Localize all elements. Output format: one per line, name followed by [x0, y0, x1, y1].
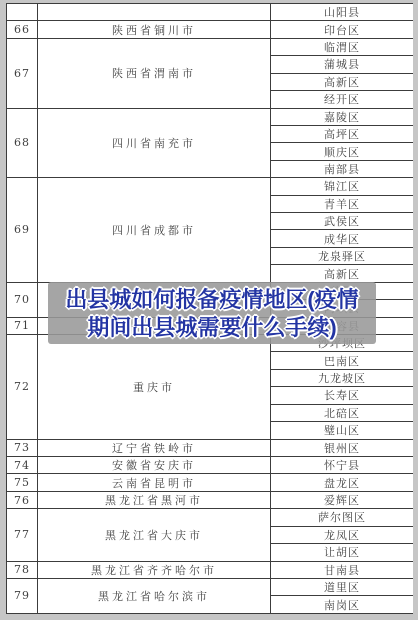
table-row: 70四川省阿坝藏族羌族自治州茂县 — [7, 282, 414, 299]
row-number-cell: 71 — [7, 317, 38, 334]
city-cell: 陕西省铜川市 — [38, 21, 271, 38]
document-sheet: 山阳县66陕西省铜川市印台区67陕西省渭南市临渭区蒲城县高新区经开区68四川省南… — [6, 3, 413, 614]
district-cell: 让胡区 — [271, 544, 414, 561]
row-number-cell: 66 — [7, 21, 38, 38]
city-cell: 安徽省安庆市 — [38, 456, 271, 473]
district-cell: 银州区 — [271, 439, 414, 456]
table-row: 71湖南省岳阳市华容县 — [7, 317, 414, 334]
district-cell: 成华区 — [271, 230, 414, 247]
district-cell: 嘉陵区 — [271, 108, 414, 125]
row-number-cell: 70 — [7, 282, 38, 317]
city-cell: 四川省南充市 — [38, 108, 271, 178]
table-row: 78黑龙江省齐齐哈尔市甘南县 — [7, 561, 414, 578]
row-number-cell: 75 — [7, 474, 38, 491]
district-cell: 九龙坡区 — [271, 369, 414, 386]
row-number-cell: 74 — [7, 456, 38, 473]
district-cell: 高新区 — [271, 73, 414, 90]
district-cell: 怀宁县 — [271, 456, 414, 473]
district-cell: 临渭区 — [271, 38, 414, 55]
table-row: 72重庆市沙坪坝区 — [7, 335, 414, 352]
district-cell: 盘龙区 — [271, 474, 414, 491]
table-row: 75云南省昆明市盘龙区 — [7, 474, 414, 491]
row-number-cell: 76 — [7, 491, 38, 508]
city-cell: 四川省阿坝藏族羌族自治州 — [38, 282, 271, 317]
city-cell: 黑龙江省大庆市 — [38, 509, 271, 561]
district-cell: 萨尔图区 — [271, 509, 414, 526]
district-cell: 沙坪坝区 — [271, 335, 414, 352]
epidemic-region-table: 山阳县66陕西省铜川市印台区67陕西省渭南市临渭区蒲城县高新区经开区68四川省南… — [6, 3, 413, 614]
table-row: 77黑龙江省大庆市萨尔图区 — [7, 509, 414, 526]
table-row: 67陕西省渭南市临渭区 — [7, 38, 414, 55]
district-cell: 甘南县 — [271, 561, 414, 578]
row-number-cell: 72 — [7, 335, 38, 440]
district-cell: 茂县 — [271, 282, 414, 299]
district-cell: 阿坝县 — [271, 300, 414, 317]
city-cell: 黑龙江省黑河市 — [38, 491, 271, 508]
district-cell: 璧山区 — [271, 422, 414, 439]
row-number-cell: 79 — [7, 578, 38, 613]
city-cell — [38, 4, 271, 21]
district-cell: 爱辉区 — [271, 491, 414, 508]
district-cell: 道里区 — [271, 578, 414, 595]
district-cell: 长寿区 — [271, 387, 414, 404]
district-cell: 华容县 — [271, 317, 414, 334]
table-row: 69四川省成都市锦江区 — [7, 178, 414, 195]
district-cell: 锦江区 — [271, 178, 414, 195]
row-number-cell: 69 — [7, 178, 38, 283]
row-number-cell: 68 — [7, 108, 38, 178]
district-cell: 青羊区 — [271, 195, 414, 212]
city-cell: 四川省成都市 — [38, 178, 271, 283]
district-cell: 龙凤区 — [271, 526, 414, 543]
district-cell: 经开区 — [271, 91, 414, 108]
city-cell: 云南省昆明市 — [38, 474, 271, 491]
district-cell: 巴南区 — [271, 352, 414, 369]
district-cell: 蒲城县 — [271, 56, 414, 73]
city-cell: 黑龙江省哈尔滨市 — [38, 578, 271, 613]
district-cell: 顺庆区 — [271, 143, 414, 160]
table-body: 山阳县66陕西省铜川市印台区67陕西省渭南市临渭区蒲城县高新区经开区68四川省南… — [7, 4, 414, 614]
row-number-cell — [7, 4, 38, 21]
table-row: 66陕西省铜川市印台区 — [7, 21, 414, 38]
screenshot-frame: 山阳县66陕西省铜川市印台区67陕西省渭南市临渭区蒲城县高新区经开区68四川省南… — [0, 0, 418, 620]
district-cell: 武侯区 — [271, 213, 414, 230]
district-cell: 北碚区 — [271, 404, 414, 421]
table-row: 山阳县 — [7, 4, 414, 21]
city-cell: 辽宁省铁岭市 — [38, 439, 271, 456]
row-number-cell: 67 — [7, 38, 38, 108]
district-cell: 高坪区 — [271, 125, 414, 142]
district-cell: 龙泉驿区 — [271, 247, 414, 264]
table-row: 76黑龙江省黑河市爱辉区 — [7, 491, 414, 508]
table-row: 73辽宁省铁岭市银州区 — [7, 439, 414, 456]
district-cell: 南部县 — [271, 160, 414, 177]
city-cell: 重庆市 — [38, 335, 271, 440]
row-number-cell: 78 — [7, 561, 38, 578]
row-number-cell: 73 — [7, 439, 38, 456]
district-cell: 高新区 — [271, 265, 414, 282]
city-cell: 陕西省渭南市 — [38, 38, 271, 108]
row-number-cell: 77 — [7, 509, 38, 561]
city-cell: 湖南省岳阳市 — [38, 317, 271, 334]
city-cell: 黑龙江省齐齐哈尔市 — [38, 561, 271, 578]
district-cell: 印台区 — [271, 21, 414, 38]
table-row: 68四川省南充市嘉陵区 — [7, 108, 414, 125]
table-row: 74安徽省安庆市怀宁县 — [7, 456, 414, 473]
table-row: 79黑龙江省哈尔滨市道里区 — [7, 578, 414, 595]
district-cell: 南岗区 — [271, 596, 414, 614]
district-cell: 山阳县 — [271, 4, 414, 21]
